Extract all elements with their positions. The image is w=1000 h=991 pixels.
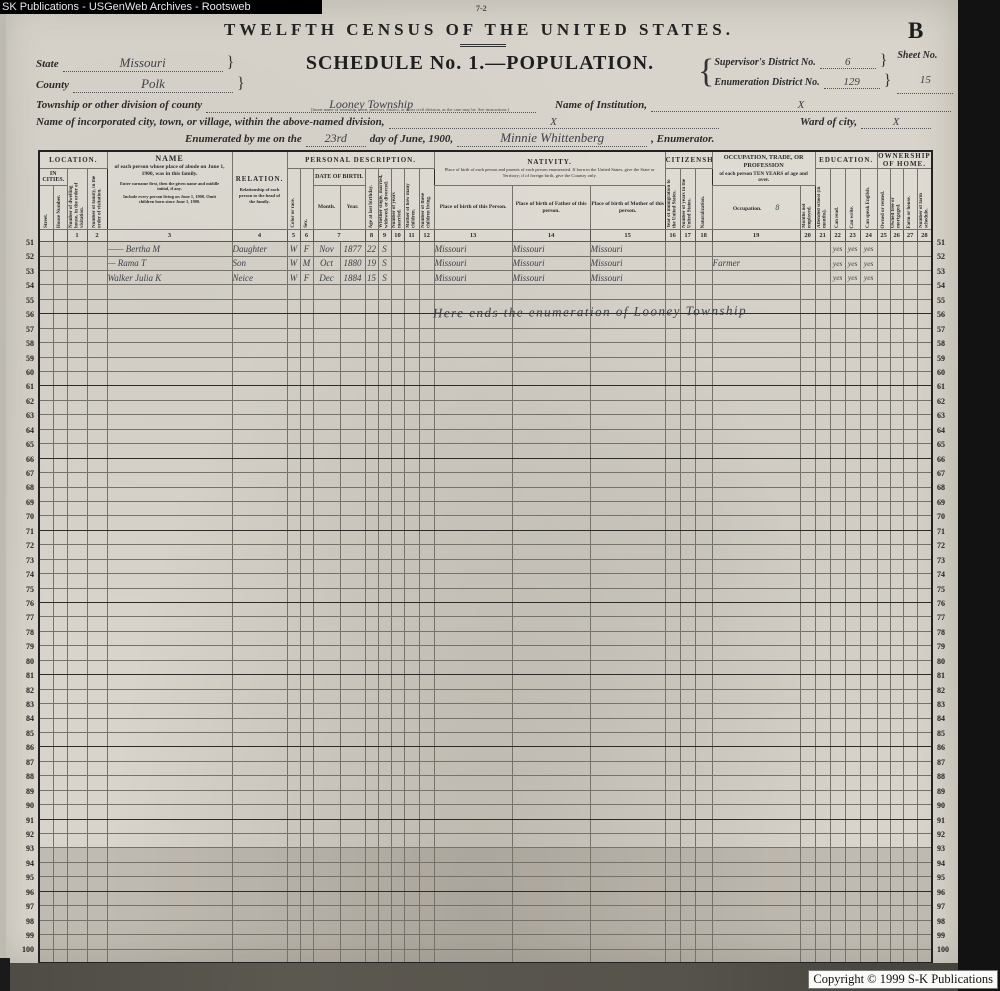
colnum-8: 8 (365, 230, 378, 242)
cell-can_write (845, 790, 860, 804)
cell-empty (680, 819, 695, 833)
cell-marital (378, 588, 391, 602)
cell-month (313, 675, 340, 689)
cell-empty (391, 487, 404, 501)
cell-birth_father (512, 631, 590, 645)
cell-color (287, 920, 300, 934)
cell-age (365, 343, 378, 357)
cell-empty (695, 285, 712, 299)
cell-empty (87, 834, 107, 848)
cell-age (365, 429, 378, 443)
cell-empty (695, 545, 712, 559)
cell-empty (917, 299, 932, 313)
cell-empty (917, 285, 932, 299)
cell-empty (877, 386, 890, 400)
cell-empty (917, 906, 932, 920)
cell-relation (232, 372, 287, 386)
cell-empty (903, 747, 917, 761)
cell-empty (87, 343, 107, 357)
colnum-20: 20 (800, 230, 815, 242)
cell-empty (877, 328, 890, 342)
cell-can_write (845, 704, 860, 718)
cell-color (287, 675, 300, 689)
cell-month (313, 862, 340, 876)
cell-sex (300, 617, 313, 631)
cell-empty (877, 530, 890, 544)
cell-empty (680, 805, 695, 819)
cell-name (107, 559, 232, 573)
cell-birth_mother (590, 386, 665, 400)
cell-empty (815, 444, 830, 458)
cell-empty (87, 732, 107, 746)
cell-empty (800, 646, 815, 660)
cell-empty (665, 732, 680, 746)
cell-sex (300, 603, 313, 617)
cell-empty (917, 314, 932, 328)
cell-empty (695, 603, 712, 617)
cell-birth_mother (590, 574, 665, 588)
cell-empty (917, 343, 932, 357)
cell-empty (917, 891, 932, 905)
cell-empty (404, 357, 419, 371)
cell-month (313, 343, 340, 357)
cell-can_write (845, 776, 860, 790)
table-row (39, 487, 932, 501)
cell-empty (680, 660, 695, 674)
cell-empty (87, 935, 107, 949)
cell-age (365, 935, 378, 949)
cell-empty (67, 574, 87, 588)
cell-birth_mother (590, 487, 665, 501)
cell-empty (890, 704, 903, 718)
cell-empty (39, 704, 53, 718)
cell-birth_mother (590, 848, 665, 862)
table-row (39, 718, 932, 732)
cell-empty (665, 631, 680, 645)
cell-empty (680, 458, 695, 472)
cell-empty (404, 935, 419, 949)
cell-empty (665, 574, 680, 588)
cell-empty (391, 906, 404, 920)
col-naturalization-head: Naturalization. (695, 169, 712, 230)
cell-can_write (845, 891, 860, 905)
cell-can_read (830, 920, 845, 934)
cell-empty (695, 747, 712, 761)
group-citizenship: CITIZENSHIP. (665, 151, 712, 169)
cell-relation (232, 429, 287, 443)
cell-month (313, 949, 340, 963)
cell-empty (391, 920, 404, 934)
cell-birth_mother: Missouri (590, 270, 665, 284)
cell-empty (695, 270, 712, 284)
cell-empty (391, 415, 404, 429)
table-row (39, 906, 932, 920)
cell-birth_person (434, 372, 512, 386)
cell-marital (378, 891, 391, 905)
col-years-us-head: Number of years in the United States. (680, 169, 695, 230)
cell-empty (404, 877, 419, 891)
cell-can_speak (860, 574, 877, 588)
cell-age (365, 559, 378, 573)
cell-empty (815, 516, 830, 530)
cell-empty (391, 891, 404, 905)
cell-birth_father (512, 458, 590, 472)
cell-empty (917, 574, 932, 588)
cell-age (365, 501, 378, 515)
cell-can_speak (860, 805, 877, 819)
cell-birth_father (512, 862, 590, 876)
cell-can_write: yes (845, 242, 860, 256)
cell-birth_father (512, 444, 590, 458)
cell-occupation (712, 328, 800, 342)
cell-month: Dec (313, 270, 340, 284)
cell-empty (419, 862, 434, 876)
cell-sex (300, 501, 313, 515)
cell-can_speak (860, 891, 877, 905)
cell-birth_father (512, 920, 590, 934)
cell-birth_person (434, 357, 512, 371)
cell-birth_mother (590, 646, 665, 660)
cell-age (365, 949, 378, 963)
cell-empty (917, 256, 932, 270)
cell-empty (665, 848, 680, 862)
colnum-15: 15 (590, 230, 665, 242)
cell-can_read: yes (830, 256, 845, 270)
row-number: 65 (937, 438, 957, 452)
cell-empty (680, 429, 695, 443)
cell-empty (404, 920, 419, 934)
cell-empty (695, 920, 712, 934)
cell-color (287, 862, 300, 876)
cell-can_read (830, 646, 845, 660)
cell-color (287, 588, 300, 602)
cell-empty (800, 877, 815, 891)
cell-name (107, 415, 232, 429)
cell-year (340, 819, 365, 833)
cell-occupation (712, 906, 800, 920)
cell-age: 15 (365, 270, 378, 284)
table-row (39, 372, 932, 386)
table-row (39, 516, 932, 530)
cell-empty (87, 819, 107, 833)
cell-empty (890, 343, 903, 357)
cell-empty (391, 386, 404, 400)
cell-empty (877, 343, 890, 357)
cell-relation (232, 545, 287, 559)
cell-can_write (845, 400, 860, 414)
cell-empty (39, 588, 53, 602)
cell-empty (680, 256, 695, 270)
cell-empty (877, 834, 890, 848)
cell-empty (391, 790, 404, 804)
cell-can_write (845, 559, 860, 573)
cell-year (340, 415, 365, 429)
cell-marital (378, 935, 391, 949)
row-number: 78 (14, 626, 34, 640)
cell-occupation (712, 732, 800, 746)
cell-empty (391, 675, 404, 689)
cell-month (313, 545, 340, 559)
cell-can_write (845, 718, 860, 732)
cell-empty (404, 270, 419, 284)
cell-can_write (845, 545, 860, 559)
cell-empty (815, 270, 830, 284)
cell-relation (232, 660, 287, 674)
cell-empty (815, 862, 830, 876)
cell-empty (815, 357, 830, 371)
cell-can_speak (860, 631, 877, 645)
cell-color (287, 660, 300, 674)
cell-year (340, 660, 365, 674)
cell-empty (815, 256, 830, 270)
cell-empty (419, 819, 434, 833)
name-desc3: Include every person living on June 1, 1… (108, 193, 232, 206)
cell-can_speak (860, 920, 877, 934)
row-number: 87 (14, 756, 34, 770)
cell-empty (890, 776, 903, 790)
cell-empty (665, 935, 680, 949)
cell-sex (300, 675, 313, 689)
cell-empty (695, 256, 712, 270)
cell-empty (419, 343, 434, 357)
cell-name (107, 487, 232, 501)
row-number: 81 (14, 669, 34, 683)
cell-marital (378, 299, 391, 313)
cell-year (340, 343, 365, 357)
cell-empty (404, 574, 419, 588)
cell-birth_person (434, 299, 512, 313)
cell-name (107, 761, 232, 775)
cell-empty (391, 299, 404, 313)
cell-empty (800, 559, 815, 573)
cell-relation (232, 415, 287, 429)
row-number: 64 (937, 424, 957, 438)
cell-empty (67, 949, 87, 963)
cell-empty (903, 935, 917, 949)
cell-color (287, 285, 300, 299)
cell-empty (419, 588, 434, 602)
cell-empty (917, 732, 932, 746)
cell-occupation (712, 400, 800, 414)
cell-birth_father (512, 891, 590, 905)
cell-empty (800, 588, 815, 602)
cell-empty (890, 819, 903, 833)
cell-marital (378, 732, 391, 746)
cell-empty (695, 516, 712, 530)
cell-empty (419, 299, 434, 313)
cell-can_write (845, 819, 860, 833)
cell-empty (87, 415, 107, 429)
cell-empty (890, 559, 903, 573)
cell-empty (917, 776, 932, 790)
cell-empty (39, 689, 53, 703)
enumerated-mid: day of June, 1900, (370, 133, 453, 145)
cell-empty (39, 574, 53, 588)
row-number: 72 (937, 539, 957, 553)
cell-marital (378, 718, 391, 732)
cell-empty (695, 372, 712, 386)
row-number: 76 (14, 597, 34, 611)
cell-empty (404, 429, 419, 443)
cell-marital (378, 660, 391, 674)
cell-age (365, 675, 378, 689)
row-number: 92 (937, 828, 957, 842)
cell-birth_person (434, 920, 512, 934)
cell-empty (680, 343, 695, 357)
cell-empty (404, 400, 419, 414)
cell-month (313, 920, 340, 934)
cell-empty (404, 660, 419, 674)
row-number: 69 (937, 496, 957, 510)
cell-empty (903, 732, 917, 746)
cell-birth_mother (590, 761, 665, 775)
cell-empty (680, 400, 695, 414)
cell-can_speak (860, 949, 877, 963)
table-row (39, 920, 932, 934)
cell-age (365, 747, 378, 761)
row-number: 68 (937, 481, 957, 495)
cell-birth_father: Missouri (512, 242, 590, 256)
cell-color (287, 761, 300, 775)
cell-empty (419, 473, 434, 487)
cell-empty (39, 617, 53, 631)
cell-empty (665, 646, 680, 660)
cell-birth_father (512, 761, 590, 775)
cell-name (107, 372, 232, 386)
cell-empty (665, 805, 680, 819)
cell-relation (232, 689, 287, 703)
cell-empty (695, 704, 712, 718)
cell-color (287, 415, 300, 429)
table-row (39, 790, 932, 804)
colnum-25: 25 (877, 230, 890, 242)
cell-empty (800, 328, 815, 342)
cell-empty (890, 603, 903, 617)
cell-can_read (830, 877, 845, 891)
cell-empty (680, 415, 695, 429)
cell-sex (300, 299, 313, 313)
cell-empty (800, 530, 815, 544)
cell-can_write (845, 386, 860, 400)
table-row (39, 689, 932, 703)
cell-birth_person (434, 444, 512, 458)
colnum-14: 14 (512, 230, 590, 242)
cell-empty (39, 776, 53, 790)
cell-empty (67, 530, 87, 544)
cell-month (313, 834, 340, 848)
row-number: 53 (14, 265, 34, 279)
county-label: County (36, 79, 69, 91)
row-number: 59 (14, 352, 34, 366)
cell-age (365, 689, 378, 703)
cell-birth_mother (590, 747, 665, 761)
occupation-title: OCCUPATION, TRADE, OR PROFESSION (713, 152, 815, 169)
cell-birth_father (512, 617, 590, 631)
cell-month (313, 848, 340, 862)
census-table-wrap: LOCATION. NAME of each person whose plac… (38, 150, 933, 964)
cell-empty (695, 848, 712, 862)
cell-empty (665, 270, 680, 284)
cell-can_write: yes (845, 256, 860, 270)
cell-color (287, 603, 300, 617)
cell-month (313, 415, 340, 429)
cell-birth_person (434, 732, 512, 746)
cell-empty (39, 935, 53, 949)
cell-birth_father (512, 501, 590, 515)
cell-birth_person (434, 473, 512, 487)
cell-empty (67, 660, 87, 674)
cell-empty (815, 761, 830, 775)
cell-birth_mother (590, 704, 665, 718)
cell-empty (917, 920, 932, 934)
cell-year (340, 516, 365, 530)
cell-empty (87, 761, 107, 775)
cell-relation (232, 675, 287, 689)
cell-empty (67, 646, 87, 660)
page-letter: B (908, 18, 923, 44)
cell-birth_mother (590, 920, 665, 934)
cell-empty (419, 516, 434, 530)
cell-empty (903, 386, 917, 400)
cell-name: —— Bertha M (107, 242, 232, 256)
cell-empty (419, 631, 434, 645)
cell-empty (665, 242, 680, 256)
cell-empty (391, 862, 404, 876)
cell-empty (87, 372, 107, 386)
cell-empty (53, 776, 67, 790)
cell-empty (391, 732, 404, 746)
cell-empty (800, 617, 815, 631)
cell-month: Oct (313, 256, 340, 270)
cell-empty (877, 747, 890, 761)
cell-relation (232, 444, 287, 458)
cell-occupation (712, 891, 800, 905)
cell-empty (680, 790, 695, 804)
cell-empty (39, 891, 53, 905)
cell-age (365, 834, 378, 848)
sheet-label: Sheet No. (897, 50, 953, 70)
cell-empty (917, 357, 932, 371)
cell-empty (53, 631, 67, 645)
cell-empty (890, 458, 903, 472)
cell-empty (404, 314, 419, 328)
cell-marital (378, 689, 391, 703)
cell-empty (800, 299, 815, 313)
cell-name (107, 328, 232, 342)
row-number: 61 (14, 380, 34, 394)
cell-marital (378, 631, 391, 645)
cell-empty (665, 444, 680, 458)
cell-birth_father (512, 603, 590, 617)
cell-empty (67, 920, 87, 934)
cell-empty (404, 761, 419, 775)
cell-can_read (830, 501, 845, 515)
cell-empty (665, 429, 680, 443)
cell-relation (232, 819, 287, 833)
cell-empty (903, 617, 917, 631)
row-number: 93 (937, 842, 957, 856)
cell-marital (378, 949, 391, 963)
cell-empty (404, 516, 419, 530)
cell-age (365, 891, 378, 905)
col-can-read-head: Can read. (830, 169, 845, 230)
cell-empty (890, 631, 903, 645)
cell-can_write: yes (845, 270, 860, 284)
cell-empty (87, 718, 107, 732)
cell-empty (800, 689, 815, 703)
cell-age (365, 617, 378, 631)
cell-can_write (845, 429, 860, 443)
